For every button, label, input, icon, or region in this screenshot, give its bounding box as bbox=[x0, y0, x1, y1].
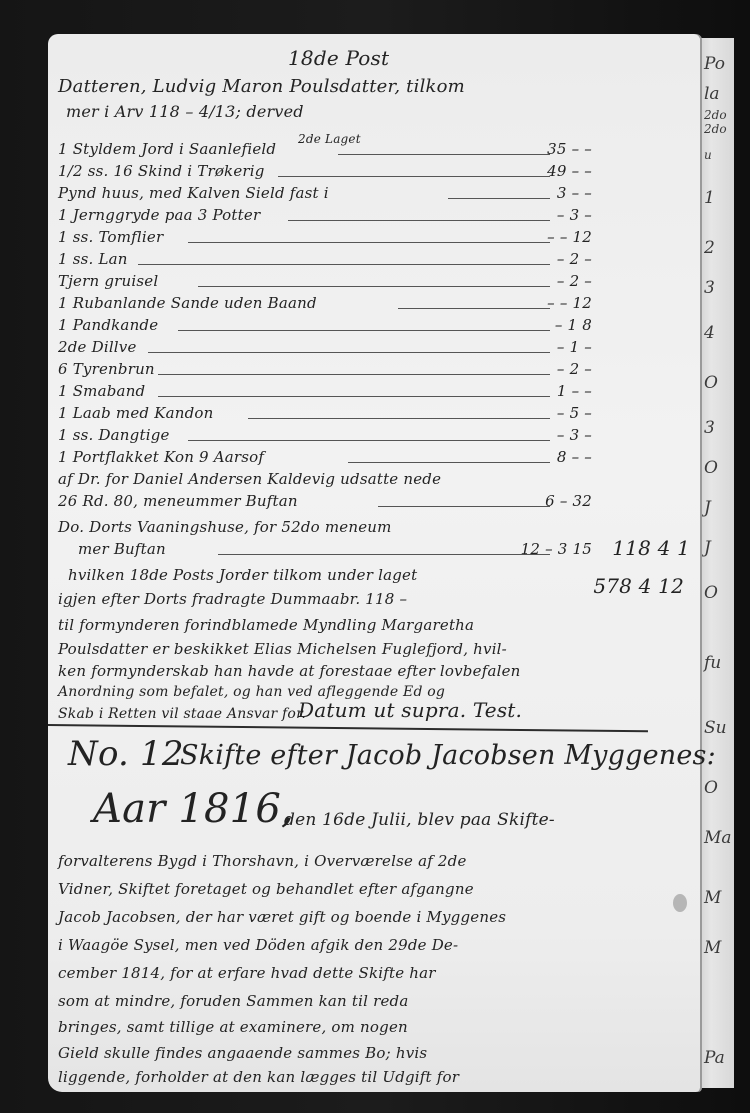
ledger-row: 1/2 ss. 16 Skind i Trøkerig49 – – bbox=[48, 162, 700, 184]
running-total: 118 4 1 bbox=[612, 536, 690, 560]
margin-note: J bbox=[704, 538, 711, 558]
ledger-row: 6 Tyrenbrun– 2 – bbox=[48, 360, 700, 382]
margin-note: M bbox=[704, 938, 721, 958]
margin-note: M bbox=[704, 888, 721, 908]
ledger-row: 1 ss. Tomflier– – 12 bbox=[48, 228, 700, 250]
ledger-row: 26 Rd. 80, meneummer Buftan6 – 32 bbox=[48, 492, 700, 514]
entry-title: Skifte efter Jacob Jacobsen Myggenes: bbox=[180, 740, 716, 771]
ledger-row: Tjern gruisel– 2 – bbox=[48, 272, 700, 294]
ledger-row: 1 ss. Lan– 2 – bbox=[48, 250, 700, 272]
margin-note: 3 bbox=[704, 418, 715, 438]
margin-note: O bbox=[704, 583, 718, 603]
ledger-row: 1 Portflakket Kon 9 Aarsof8 – – bbox=[48, 448, 700, 470]
ledger-row: 1 Pandkande– 1 8 bbox=[48, 316, 700, 338]
section-divider bbox=[48, 724, 648, 732]
year-heading: Aar 1816, bbox=[93, 786, 294, 832]
ledger-row: af Dr. for Daniel Andersen Kaldevig udsa… bbox=[48, 470, 700, 492]
margin-note: 3 bbox=[704, 278, 715, 298]
margin-note: Ma bbox=[704, 828, 732, 848]
margin-note: u bbox=[704, 148, 712, 162]
post-header: 18de Post bbox=[288, 46, 389, 70]
margin-note: fu bbox=[704, 653, 721, 673]
intro-line: Datteren, Ludvig Maron Poulsdatter, tilk… bbox=[58, 76, 465, 97]
margin-note: 4 bbox=[704, 323, 715, 343]
ledger-row: 1 Rubanlande Sande uden Baand– – 12 bbox=[48, 294, 700, 316]
ledger-row: 1 Laab med Kandon– 5 – bbox=[48, 404, 700, 426]
ledger-row: Do. Dorts Vaaningshuse, for 52do meneum bbox=[48, 518, 700, 540]
margin-note: la bbox=[704, 84, 720, 104]
ledger-row: 1 ss. Dangtige– 3 – bbox=[48, 426, 700, 448]
margin-note: O bbox=[704, 778, 718, 798]
ledger-row: mer Buftan12 – 3 15 bbox=[48, 540, 700, 562]
entry-number: No. 12 bbox=[68, 734, 184, 774]
manuscript-page: 18de Post Datteren, Ludvig Maron Poulsda… bbox=[48, 34, 700, 1092]
margin-note: Po bbox=[704, 54, 725, 74]
margin-note: 2do bbox=[704, 108, 727, 122]
ledger-row: 1 Styldem Jord i Saanlefield35 – – bbox=[48, 140, 700, 162]
margin-note: 1 bbox=[704, 188, 715, 208]
margin-note: 2 bbox=[704, 238, 715, 258]
margin-note: O bbox=[704, 373, 718, 393]
ink-smudge bbox=[673, 894, 687, 912]
margin-note: Su bbox=[704, 718, 727, 738]
margin-note: J bbox=[704, 498, 711, 518]
carried-total: 578 4 12 bbox=[593, 574, 684, 598]
margin-note: O bbox=[704, 458, 718, 478]
ledger-row: Pynd huus, med Kalven Sield fast i3 – – bbox=[48, 184, 700, 206]
signature: Datum ut supra. Test. bbox=[298, 698, 522, 722]
intro-line: mer i Arv 118 – 4/13; derved bbox=[66, 102, 304, 121]
date-line: den 16de Julii, blev paa Skifte- bbox=[284, 810, 555, 830]
margin-note: 2do bbox=[704, 122, 727, 136]
adjacent-page-edge: Po la 2do 2do u 1 2 3 4 O 3 O J J O fu S… bbox=[695, 38, 734, 1088]
margin-note: Pa bbox=[704, 1048, 725, 1068]
ledger-row: 1 Jernggryde paa 3 Potter– 3 – bbox=[48, 206, 700, 228]
ledger-row: 1 Smaband1 – – bbox=[48, 382, 700, 404]
ledger-row: 2de Dillve– 1 – bbox=[48, 338, 700, 360]
